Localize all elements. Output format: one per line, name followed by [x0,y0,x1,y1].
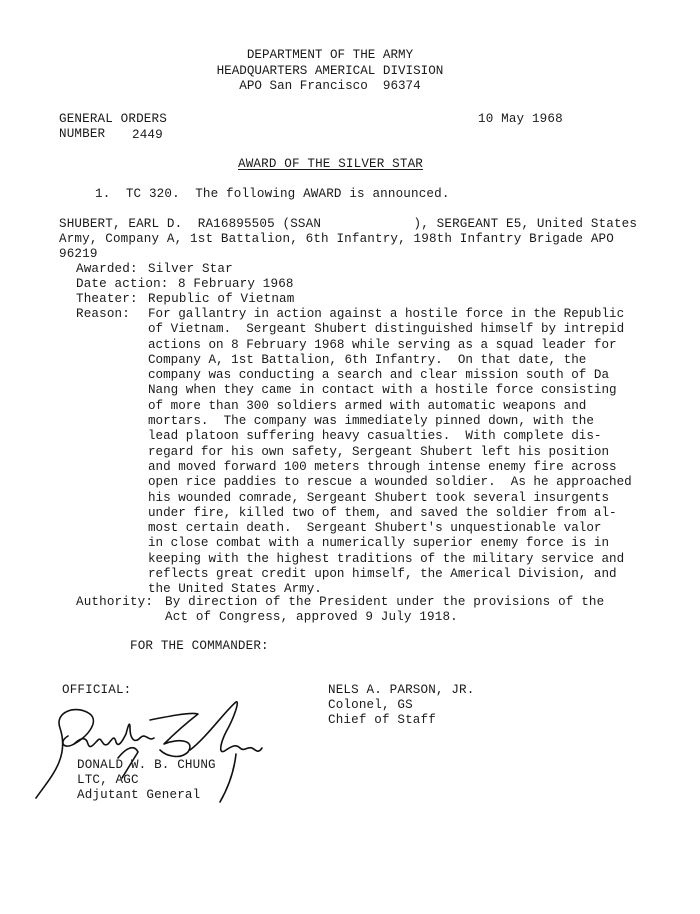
letterhead-department: DEPARTMENT OF THE ARMY [0,48,660,64]
theater-label: Theater: [76,292,138,307]
reason-line: most certain death. Sergeant Shubert's u… [148,521,632,536]
letterhead-address: APO San Francisco 96374 [0,79,660,95]
reason-text: For gallantry in action against a hostil… [148,307,632,598]
date-action-value: 8 February 1968 [178,277,294,292]
official-title: Adjutant General [77,788,200,803]
document-title: AWARD OF THE SILVER STAR [238,157,423,172]
reason-label: Reason: [76,307,130,322]
reason-line: his wounded comrade, Sergeant Shubert to… [148,491,632,506]
recipient-line-3: 96219 [59,247,98,262]
order-date: 10 May 1968 [478,112,563,127]
reason-line: actions on 8 February 1968 while serving… [148,338,632,353]
announcement: 1. TC 320. The following AWARD is announ… [95,187,450,202]
general-orders-label: GENERAL ORDERS [59,112,167,127]
authority-label: Authority: [76,595,153,610]
reason-line: in close combat with a numerically super… [148,536,632,551]
order-number: 2449 [132,128,163,143]
reason-line: reflects great credit upon himself, the … [148,567,632,582]
official-label: OFFICIAL: [62,683,131,698]
reason-line: of Vietnam. Sergeant Shubert distinguish… [148,322,632,337]
for-the-commander: FOR THE COMMANDER: [130,639,269,654]
official-name: DONALD W. B. CHUNG [77,758,216,773]
reason-line: For gallantry in action against a hostil… [148,307,632,322]
reason-line: keeping with the highest traditions of t… [148,552,632,567]
reason-line: company was conducting a search and clea… [148,368,632,383]
authority-line-2: Act of Congress, approved 9 July 1918. [165,610,458,625]
date-action-label: Date action: [76,277,169,292]
official-rank: LTC, AGC [77,773,139,788]
reason-line: open rice paddies to rescue a wounded so… [148,475,632,490]
reason-line: regard for his own safety, Sergeant Shub… [148,445,632,460]
authority-line-1: By direction of the President under the … [165,595,604,610]
reason-line: and moved forward 100 meters through int… [148,460,632,475]
order-number-label: NUMBER [59,127,105,142]
recipient-line-2: Army, Company A, 1st Battalion, 6th Infa… [59,232,614,247]
chief-of-staff-title: Chief of Staff [328,713,436,728]
letterhead-headquarters: HEADQUARTERS AMERICAL DIVISION [0,64,660,80]
theater-value: Republic of Vietnam [148,292,294,307]
awarded-value: Silver Star [148,262,233,277]
reason-line: Nang when they came in contact with a ho… [148,383,632,398]
reason-line: mortars. The company was immediately pin… [148,414,632,429]
reason-line: of more than 300 soldiers armed with aut… [148,399,632,414]
reason-line: under fire, killed two of them, and save… [148,506,632,521]
chief-of-staff-name: NELS A. PARSON, JR. [328,683,474,698]
awarded-label: Awarded: [76,262,138,277]
letterhead: DEPARTMENT OF THE ARMY HEADQUARTERS AMER… [0,48,660,95]
recipient-line-1: SHUBERT, EARL D. RA16895505 (SSAN ), SER… [59,217,637,232]
chief-of-staff-rank: Colonel, GS [328,698,413,713]
reason-line: lead platoon suffering heavy casualties.… [148,429,632,444]
reason-line: Company A, 1st Battalion, 6th Infantry. … [148,353,632,368]
